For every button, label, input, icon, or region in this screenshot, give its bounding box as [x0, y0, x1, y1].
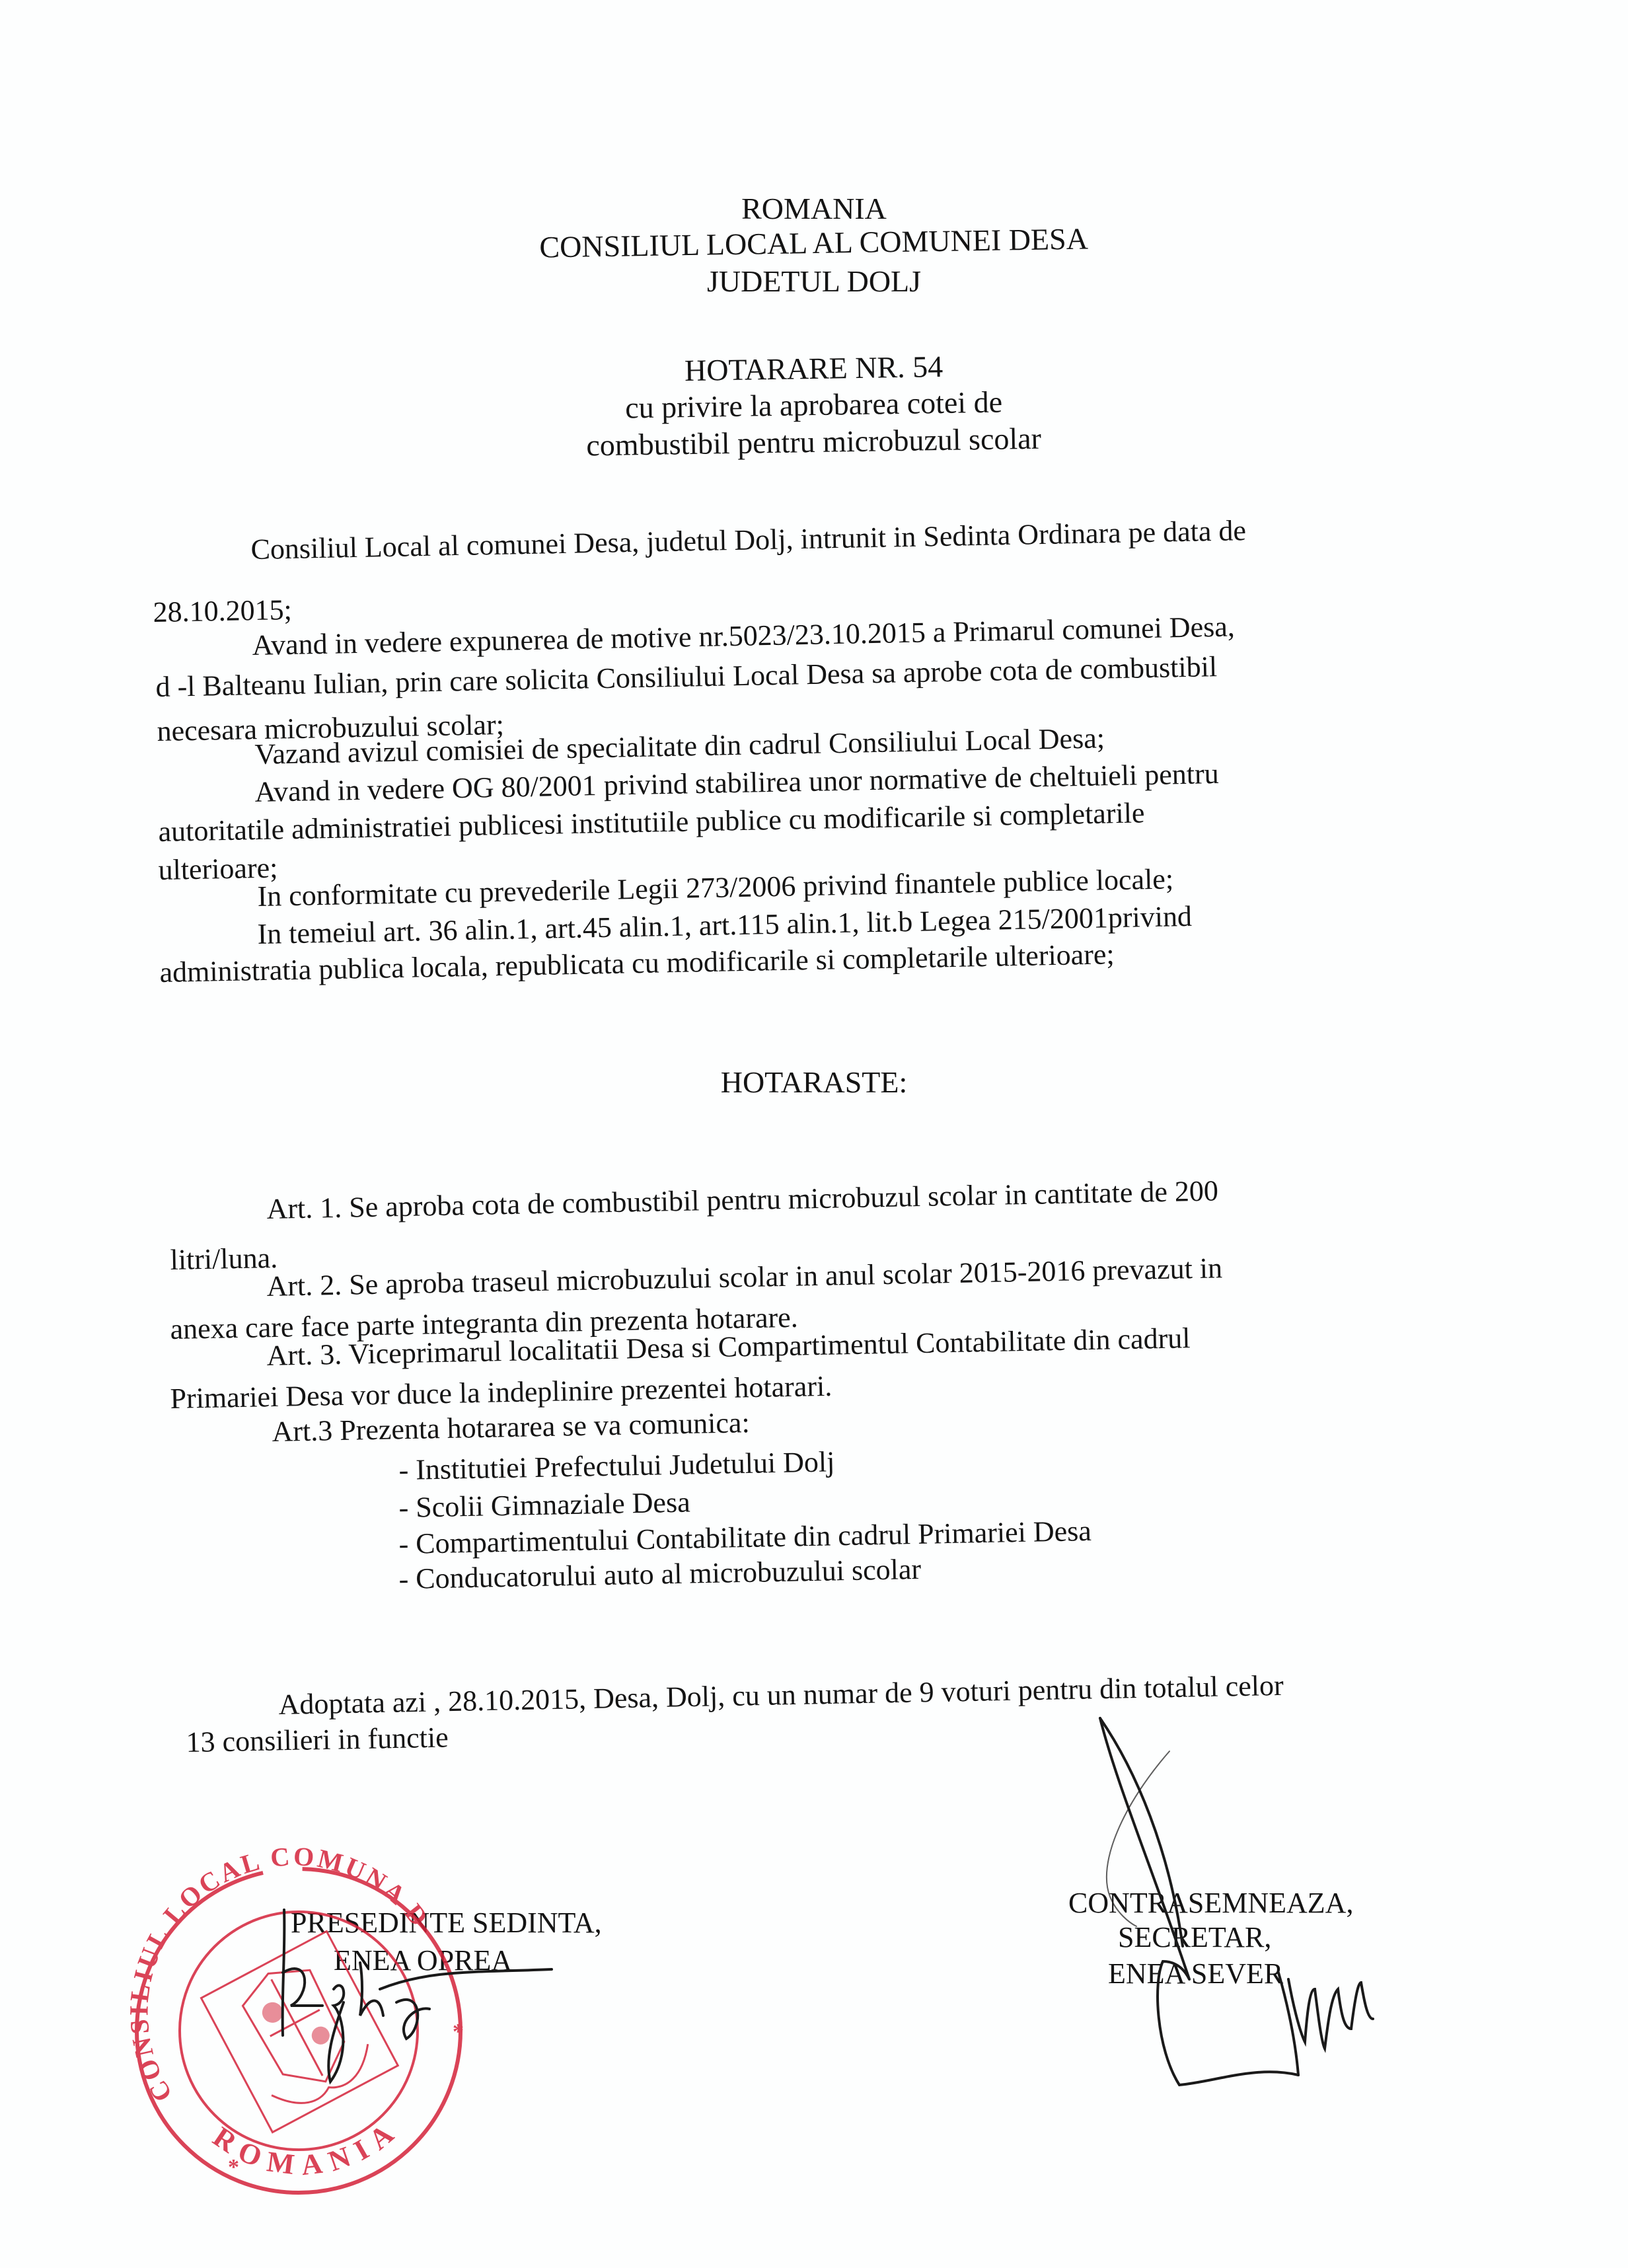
stamp-text-top: CONSILIUL LOCAL COMUNA DESA	[0, 0, 435, 2107]
scanned-page: ROMANIA CONSILIUL LOCAL AL COMUNEI DESA …	[0, 0, 1628, 2268]
secretary-signature	[1100, 1718, 1373, 2085]
coat-of-arms-icon	[201, 1932, 398, 2133]
svg-text:CONSILIUL LOCAL COMUNA DESA: CONSILIUL LOCAL COMUNA DESA	[0, 0, 435, 2107]
signature-overlay: CONSILIUL LOCAL COMUNA DESA ROMANIA * *	[0, 0, 1628, 2268]
svg-text:*: *	[228, 2155, 239, 2179]
svg-text:*: *	[453, 2020, 464, 2044]
official-stamp: CONSILIUL LOCAL COMUNA DESA ROMANIA * *	[0, 0, 464, 2193]
